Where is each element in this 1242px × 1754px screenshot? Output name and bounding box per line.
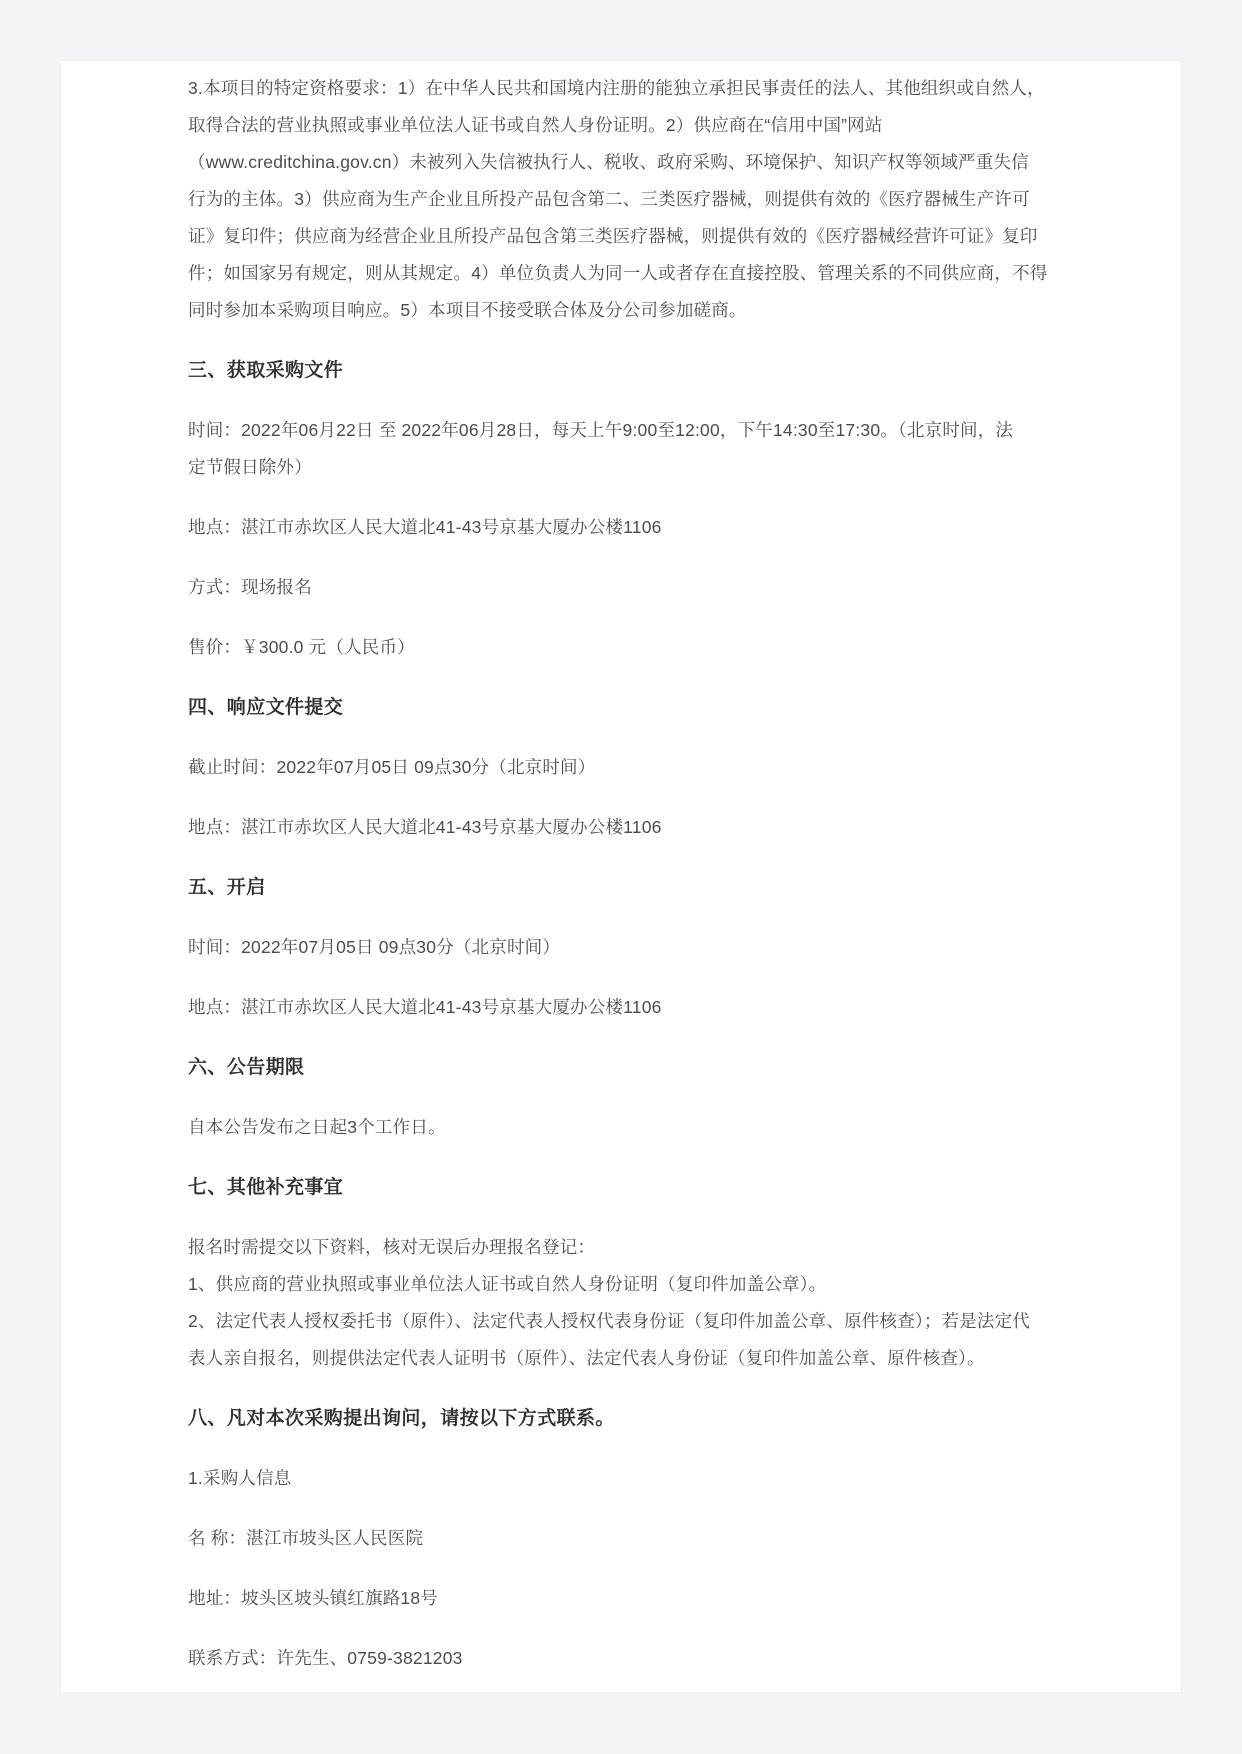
paragraph-submission-location: 地点：湛江市赤坎区人民大道北41-43号京基大厦办公楼1106 bbox=[188, 809, 1065, 846]
paragraph-opening-time: 时间：2022年07月05日 09点30分（北京时间） bbox=[188, 929, 1065, 966]
paragraph-purchaser-name: 名 称：湛江市坡头区人民医院 bbox=[188, 1520, 1065, 1557]
paragraph-announcement-period: 自本公告发布之日起3个工作日。 bbox=[188, 1109, 1065, 1146]
section-heading-response-submission: 四、响应文件提交 bbox=[188, 689, 1065, 726]
section-heading-supplementary: 七、其他补充事宜 bbox=[188, 1169, 1065, 1206]
paragraph-obtain-time: 时间：2022年06月22日 至 2022年06月28日，每天上午9:00至12… bbox=[188, 412, 1065, 486]
section-heading-obtain-documents: 三、获取采购文件 bbox=[188, 352, 1065, 389]
paragraph-qualification-requirements: 3.本项目的特定资格要求：1）在中华人民共和国境内注册的能独立承担民事责任的法人… bbox=[188, 70, 1065, 329]
section-heading-announcement-period: 六、公告期限 bbox=[188, 1049, 1065, 1086]
section-heading-opening: 五、开启 bbox=[188, 869, 1065, 906]
paragraph-document-price: 售价：￥300.0 元（人民币） bbox=[188, 629, 1065, 666]
paragraph-registration-materials: 报名时需提交以下资料，核对无误后办理报名登记： 1、供应商的营业执照或事业单位法… bbox=[188, 1229, 1065, 1377]
announcement-card: 3.本项目的特定资格要求：1）在中华人民共和国境内注册的能独立承担民事责任的法人… bbox=[60, 60, 1182, 1693]
paragraph-obtain-location: 地点：湛江市赤坎区人民大道北41-43号京基大厦办公楼1106 bbox=[188, 509, 1065, 546]
paragraph-purchaser-contact: 联系方式：许先生、0759-3821203 bbox=[188, 1640, 1065, 1677]
section-heading-contact: 八、凡对本次采购提出询问，请按以下方式联系。 bbox=[188, 1400, 1065, 1437]
paragraph-purchaser-info-title: 1.采购人信息 bbox=[188, 1460, 1065, 1497]
paragraph-obtain-method: 方式：现场报名 bbox=[188, 569, 1065, 606]
paragraph-purchaser-address: 地址：坡头区坡头镇红旗路18号 bbox=[188, 1580, 1065, 1617]
paragraph-opening-location: 地点：湛江市赤坎区人民大道北41-43号京基大厦办公楼1106 bbox=[188, 989, 1065, 1026]
paragraph-submission-deadline: 截止时间：2022年07月05日 09点30分（北京时间） bbox=[188, 749, 1065, 786]
page-background: 3.本项目的特定资格要求：1）在中华人民共和国境内注册的能独立承担民事责任的法人… bbox=[0, 0, 1242, 1754]
